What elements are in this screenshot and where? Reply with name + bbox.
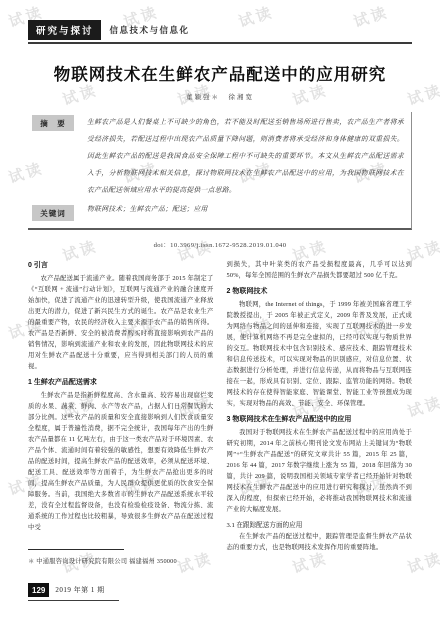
abstract-keywords-block: 摘 要 生鲜农产品是人们餐桌上不可缺少的角色，若不能及时配送至销售场所进行售卖，… bbox=[28, 112, 412, 230]
footnote-area: ＊ 中通服咨询设计研究院有限公司 福建福州 350000 bbox=[28, 549, 214, 565]
article-authors: 董颖强＊ 徐湘宽 bbox=[28, 92, 412, 101]
abstract-label: 摘 要 bbox=[32, 115, 74, 131]
section-heading-3: 3 物联网技术在生鲜农产品配送中的应用 bbox=[227, 414, 413, 424]
body-columns: 0 引言 农产品配送属于流通产业。随着我国商务部于 2015 年制定了《“互联网… bbox=[28, 259, 412, 567]
section-heading-3-1: 3.1 在跟踪配送方面的应用 bbox=[227, 519, 413, 529]
section-label: 研究与探讨 bbox=[28, 20, 101, 40]
section-2-paragraph: 物联网，the Internet of things，于 1999 年被美国麻省… bbox=[227, 299, 413, 409]
abstract-text: 生鲜农产品是人们餐桌上不可缺少的角色，若不能及时配送至销售场所进行售卖，农产品生… bbox=[87, 114, 404, 199]
column-left: 0 引言 农产品配送属于流通产业。随着我国商务部于 2015 年制定了《“互联网… bbox=[28, 259, 214, 567]
page-number-box: 129 bbox=[28, 583, 49, 597]
footnote-divider bbox=[28, 549, 124, 550]
footnote-text: ＊ 中通服咨询设计研究院有限公司 福建福州 350000 bbox=[28, 556, 214, 565]
journal-name: 信息技术与信息化 bbox=[110, 24, 190, 36]
keywords-text: 物联网技术；生鲜农产品；配送；应用 bbox=[87, 204, 404, 216]
paper-page: 试读试读试读试读试读试读试读试读试读试读试读试读试读试读试读试读试读试读试读试读… bbox=[0, 0, 440, 620]
article-title: 物联网技术在生鲜农产品配送中的应用研究 bbox=[28, 61, 412, 85]
doi-line: doi：10.3969/j.issn.1672-9528.2019.01.040 bbox=[28, 239, 412, 249]
keywords-label: 关键词 bbox=[32, 205, 74, 221]
section-1-paragraph: 生鲜农产品是指新鲜程度高、含水量高、较容易出现腐烂变质的水果、蔬菜、鲜肉、水产等… bbox=[28, 390, 214, 533]
section-3-paragraph: 我国对于物联网技术在生鲜农产品配送过程中的应用尚处于研究初期，2014 年之前核… bbox=[227, 427, 413, 515]
section-heading-1: 1 生鲜农产品配送需求 bbox=[28, 377, 214, 387]
column-right: 到损失，其中叶菜类的农产品受损程度最高，几乎可以达到50%，每年全国范围的生鲜农… bbox=[227, 259, 413, 567]
abstract-row: 摘 要 生鲜农产品是人们餐桌上不可缺少的角色，若不能及时配送至销售场所进行售卖，… bbox=[32, 114, 404, 199]
section-3-1-paragraph: 在生鲜农产品的配送过程中，跟踪管理是监督生鲜农产品状态的重要方式，也是物联网技术… bbox=[227, 531, 413, 553]
page-content: 研究与探讨 信息技术与信息化 物联网技术在生鲜农产品配送中的应用研究 董颖强＊ … bbox=[0, 20, 440, 567]
keywords-row: 关键词 物联网技术；生鲜农产品；配送；应用 bbox=[32, 204, 404, 221]
page-footer: 129 2019 年第 1 期 bbox=[28, 583, 119, 601]
issue-label: 2019 年第 1 期 bbox=[55, 585, 104, 595]
continued-paragraph: 到损失，其中叶菜类的农产品受损程度最高，几乎可以达到50%，每年全国范围的生鲜农… bbox=[227, 259, 413, 281]
section-heading-0: 0 引言 bbox=[28, 260, 214, 270]
page-header: 研究与探讨 信息技术与信息化 bbox=[28, 20, 412, 44]
section-0-paragraph: 农产品配送属于流通产业。随着我国商务部于 2015 年制定了《“互联网 + 流通… bbox=[28, 273, 214, 372]
section-heading-2: 2 物联网技术 bbox=[227, 286, 413, 296]
